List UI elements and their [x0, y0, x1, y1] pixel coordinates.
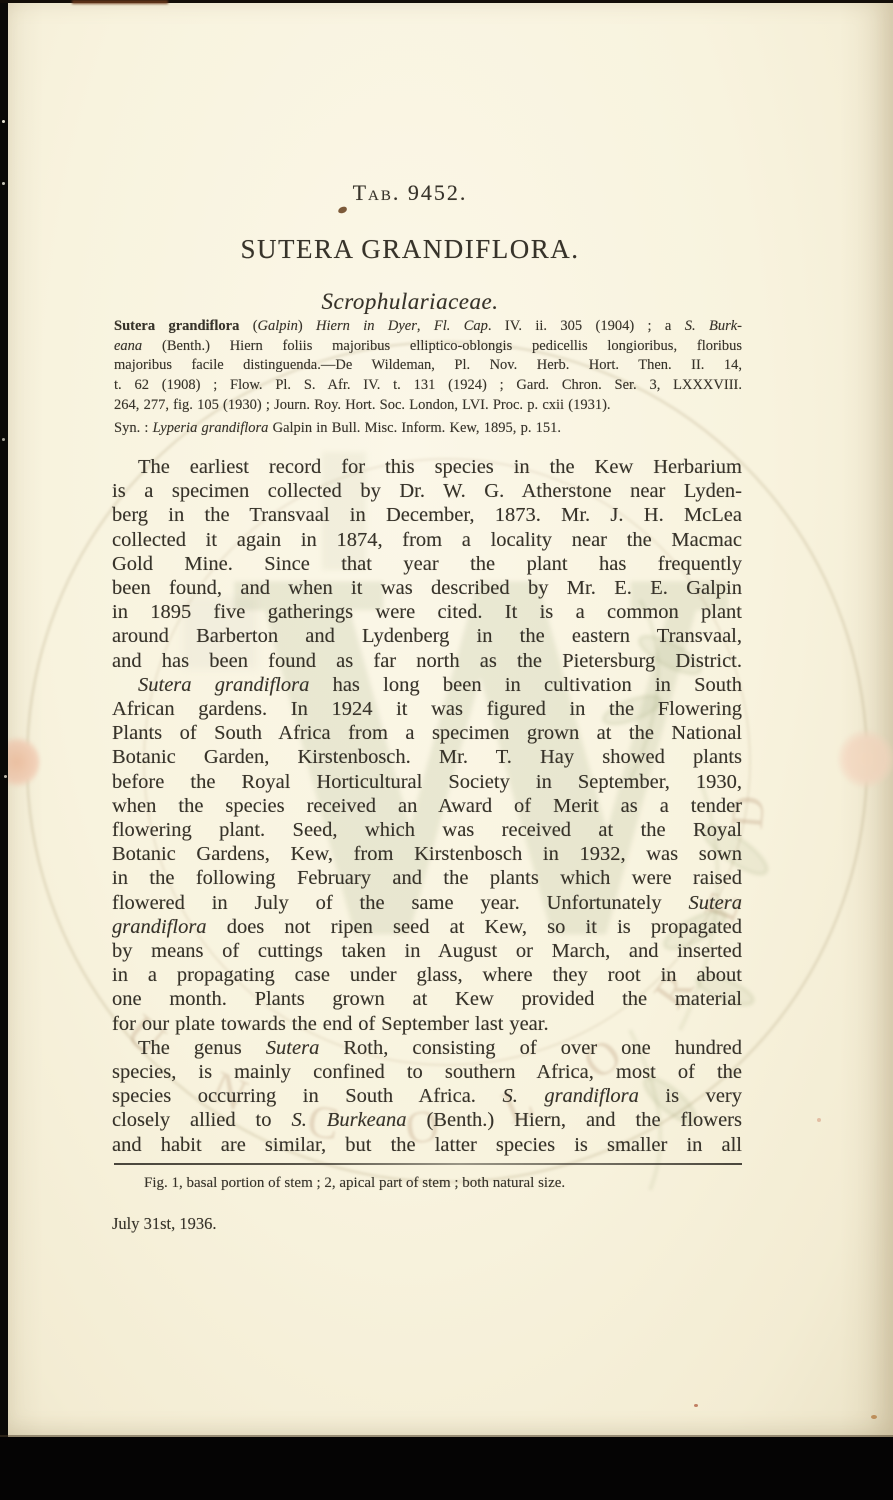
date-line: July 31st, 1936. — [112, 1214, 217, 1234]
text-line: for our plate towards the end of Septemb… — [112, 1012, 742, 1036]
italic-text: Lyperia grandiflora — [153, 420, 269, 436]
body-text: The earliest record for this species in … — [112, 455, 742, 1157]
text-line: species, is mainly confined to southern … — [112, 1060, 742, 1084]
text-line: closely allied to S. Burkeana (Benth.) H… — [112, 1108, 742, 1132]
body-paragraph-2: Sutera grandiflora has long been in cult… — [112, 673, 742, 1036]
text-line: majoribus facile distinguenda.—De Wildem… — [114, 356, 742, 376]
citation-block: Sutera grandiflora (Galpin) Hiern in Dye… — [114, 317, 742, 416]
italic-text: S. grandiflora — [502, 1085, 638, 1107]
text-line: Gold Mine. Since that year the plant has… — [112, 552, 742, 576]
text-line: grandiflora does not ripen seed at Kew, … — [112, 915, 742, 939]
italic-text: S. Burkeana — [291, 1109, 406, 1131]
text-line: Syn. : Lyperia grandiflora Galpin in Bul… — [114, 419, 742, 439]
page-title: SUTERA GRANDIFLORA. — [0, 234, 820, 265]
text-line: t. 62 (1908) ; Flow. Pl. S. Afr. IV. t. … — [114, 376, 742, 396]
text-line: one month. Plants grown at Kew provided … — [112, 987, 742, 1011]
text-line: species occurring in South Africa. S. gr… — [112, 1084, 742, 1108]
text-line: before the Royal Horticultural Society i… — [112, 770, 742, 794]
dust-speck — [694, 1404, 698, 1407]
text-line: Plants of South Africa from a specimen g… — [112, 721, 742, 745]
scanned-page: W U N C O L O R E D Tab. 9452. SUTERA GR… — [0, 0, 893, 1500]
dust-speck — [871, 1415, 877, 1419]
text-line: Sutera grandiflora (Galpin) Hiern in Dye… — [114, 317, 742, 337]
figure-caption: Fig. 1, basal portion of stem ; 2, apica… — [112, 1173, 742, 1193]
italic-text: Sutera — [688, 892, 742, 914]
text-line: 264, 277, fig. 105 (1930) ; Journ. Roy. … — [114, 396, 742, 416]
text-line: flowering plant. Seed, which was receive… — [112, 818, 742, 842]
text-line: and has been found as far north as the P… — [112, 649, 742, 673]
text-line: collected it again in 1874, from a local… — [112, 528, 742, 552]
text-line: is a specimen collected by Dr. W. G. Ath… — [112, 479, 742, 503]
text-line: berg in the Transvaal in December, 1873.… — [112, 503, 742, 527]
italic-text: Sutera — [266, 1037, 320, 1059]
italic-text: eana — [114, 338, 142, 354]
text-line: The genus Sutera Roth, consisting of ove… — [112, 1036, 742, 1060]
body-paragraph-1: The earliest record for this species in … — [112, 455, 742, 673]
italic-text: S. Burk- — [685, 318, 742, 334]
bold-text: Sutera grandiflora — [114, 318, 239, 334]
italic-text: grandiflora — [112, 916, 207, 938]
dust-speck — [817, 1118, 821, 1122]
text-line: African gardens. In 1924 it was figured … — [112, 697, 742, 721]
synonym-line: Syn. : Lyperia grandiflora Galpin in Bul… — [114, 419, 742, 439]
divider-rule — [114, 1163, 742, 1165]
text-line: Sutera grandiflora has long been in cult… — [112, 673, 742, 697]
italic-text: Galpin — [258, 318, 298, 334]
stamp-seal-dot-right — [838, 730, 893, 788]
text-line: been found, and when it was described by… — [112, 576, 742, 600]
family-name: Scrophulariaceae. — [0, 289, 820, 315]
italic-text: Fl. Cap — [434, 318, 488, 334]
text-line: in the following February and the plants… — [112, 866, 742, 890]
text-line: The earliest record for this species in … — [112, 455, 742, 479]
text-line: by means of cuttings taken in August or … — [112, 939, 742, 963]
text-line: eana (Benth.) Hiern foliis majoribus ell… — [114, 337, 742, 357]
text-line: when the species received an Award of Me… — [112, 794, 742, 818]
text-line: in a propagating case under glass, where… — [112, 963, 742, 987]
text-line: around Barberton and Lydenberg in the ea… — [112, 624, 742, 648]
text-line: and habit are similar, but the latter sp… — [112, 1133, 742, 1157]
text-line: flowered in July of the same year. Unfor… — [112, 891, 742, 915]
plate-number: Tab. 9452. — [0, 180, 820, 206]
italic-text: Sutera grandiflora — [138, 674, 309, 696]
scan-edge-left — [0, 0, 8, 1437]
body-paragraph-3: The genus Sutera Roth, consisting of ove… — [112, 1036, 742, 1157]
scan-edge-bottom — [0, 1437, 893, 1500]
italic-text: Hiern in Dyer — [316, 318, 417, 334]
text-line: in 1895 five gatherings were cited. It i… — [112, 600, 742, 624]
scan-edge-smudge — [72, 0, 168, 4]
text-line: Botanic Gardens, Kew, from Kirstenbosch … — [112, 842, 742, 866]
text-line: Botanic Garden, Kirstenbosch. Mr. T. Hay… — [112, 745, 742, 769]
